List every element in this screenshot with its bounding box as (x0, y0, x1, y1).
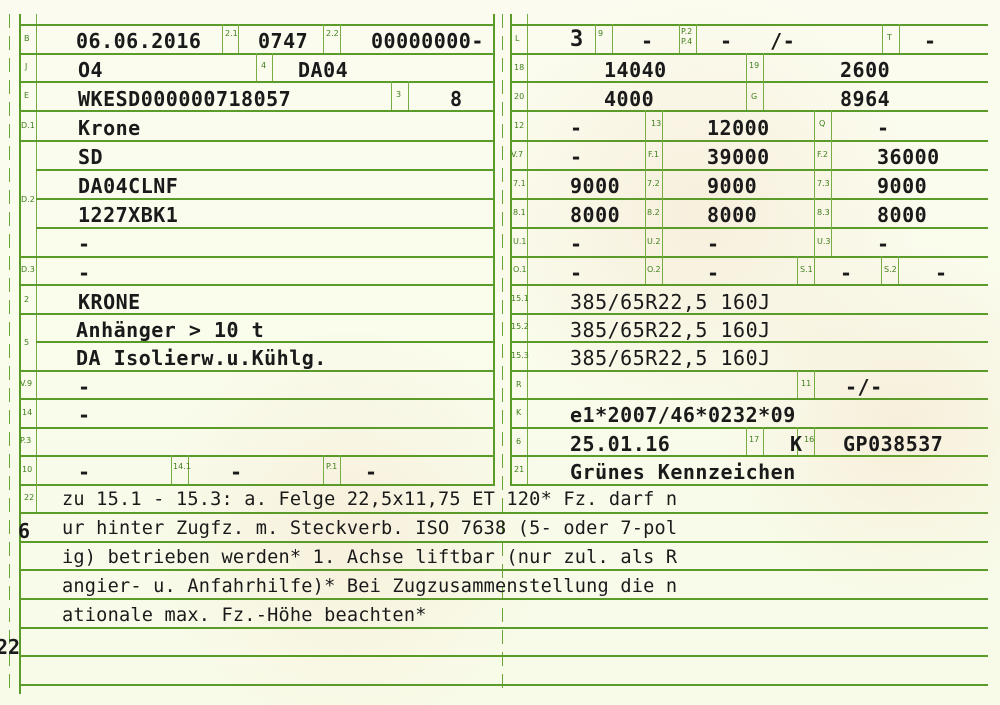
field-K-type-approval: e1*2007/46*0232*09 (570, 405, 796, 425)
label-B: B (24, 35, 30, 43)
label-2-1: 2.1 (225, 30, 238, 38)
label-10: 10 (22, 466, 32, 474)
label-V9: V.9 (20, 380, 32, 388)
label-15-3: 15.3 (511, 352, 529, 360)
label-S2: S.2 (884, 266, 897, 274)
label-D3: D.3 (21, 266, 35, 274)
label-5: 5 (24, 339, 29, 347)
label-15-2: 15.2 (511, 323, 529, 331)
field-6-approval-date: 25.01.16 (570, 434, 670, 454)
label-U2: U.2 (647, 238, 661, 246)
field-L-axles: 3 (570, 29, 584, 51)
margin-dash-line (9, 14, 10, 694)
label-9: 9 (598, 30, 603, 38)
remarks-line-5: ationale max. Fz.-Höhe beachten* (62, 607, 427, 626)
label-O1: O.1 (513, 266, 527, 274)
label-F1: F.1 (648, 151, 659, 159)
label-8-2: 8.2 (647, 209, 660, 217)
label-15-1: 15.1 (511, 295, 529, 303)
field-11-color-code: -/- (845, 377, 883, 397)
label-P2: P.2 (681, 28, 692, 36)
field-9-driven-axles: - (641, 31, 654, 51)
field-O1-towable-braked: - (570, 263, 583, 283)
field-5-class-line2: DA Isolierw.u.Kühlg. (76, 348, 327, 368)
label-U1: U.1 (513, 238, 527, 246)
label-column-line (36, 14, 37, 494)
label-G: G (751, 93, 757, 101)
field-15-3-tyres: 385/65R22,5 160J (570, 348, 771, 368)
field-15-1-tyres: 385/65R22,5 160J (570, 292, 771, 312)
label-2: 2 (24, 296, 29, 304)
field-F2-permitted-mass: 36000 (877, 147, 940, 167)
field-2-2-type-code: 00000000- (371, 31, 484, 51)
label-S1: S.1 (800, 266, 813, 274)
label-V7: V.7 (511, 151, 523, 159)
label-14-1: 14.1 (173, 463, 191, 471)
margin-number-22: 22 (0, 635, 20, 659)
field-7-1-axle-load: 9000 (570, 176, 620, 196)
label-3: 3 (396, 91, 401, 99)
field-J-vehicle-class: O4 (78, 60, 103, 80)
field-4-body-type: DA04 (298, 60, 348, 80)
field-8-2-axle-load: 8000 (707, 205, 757, 225)
field-19-width: 2600 (840, 60, 890, 80)
label-21: 21 (514, 466, 524, 474)
remarks-line-3: ig) betrieben werden* 1. Achse liftbar (… (62, 549, 677, 568)
field-D2-type-line1: SD (78, 147, 103, 167)
field-D2-type-line2: DA04CLNF (78, 176, 178, 196)
label-18: 18 (514, 64, 524, 72)
field-14-1-emission-code: - (230, 462, 243, 482)
label-R: R (516, 381, 522, 389)
label-2-2: 2.2 (326, 30, 339, 38)
field-7-3-axle-load: 9000 (877, 176, 927, 196)
label-4: 4 (261, 62, 266, 70)
field-V7-co2: - (570, 147, 583, 167)
label-O2: O.2 (647, 266, 661, 274)
field-3-check-digit: 8 (450, 89, 463, 109)
label-19: 19 (749, 62, 759, 70)
label-13: 13 (651, 120, 661, 128)
remarks-line-1: zu 15.1 - 15.3: a. Felge 22,5x11,75 ET 1… (62, 491, 677, 510)
label-D1: D.1 (21, 122, 35, 130)
field-V9-emission-class: - (78, 377, 91, 397)
field-T-max-speed: - (924, 31, 937, 51)
label-20: 20 (514, 93, 524, 101)
label-P3: P.3 (20, 437, 31, 445)
field-5-class-line1: Anhänger > 10 t (76, 320, 264, 340)
label-8-1: 8.1 (513, 209, 526, 217)
field-14-emission-directive: - (78, 405, 91, 425)
label-8-3: 8.3 (817, 209, 830, 217)
field-S1-seats: - (840, 263, 853, 283)
label-Q: Q (819, 120, 825, 128)
label-T: T (887, 34, 892, 42)
label-22: 22 (24, 494, 34, 502)
field-17-code: K (790, 434, 803, 454)
field-S2-standing: - (935, 263, 948, 283)
field-D2-type-line3: 1227XBK1 (78, 205, 178, 225)
label-U3: U.3 (817, 238, 831, 246)
label-P4: P.4 (681, 38, 692, 46)
field-O2-towable-unbraked: - (707, 263, 720, 283)
field-7-2-axle-load: 9000 (707, 176, 757, 196)
label-11: 11 (801, 380, 811, 388)
label-7-1: 7.1 (513, 180, 526, 188)
field-20-height: 4000 (604, 89, 654, 109)
field-13-support-load: 12000 (707, 118, 770, 138)
margin-number-6: 6 (18, 519, 30, 543)
label-E: E (24, 92, 29, 100)
field-P2-P4-power: - /- (720, 31, 795, 51)
field-U2-engine-speed: - (707, 234, 720, 254)
label-J: J (25, 63, 27, 71)
left-border (19, 14, 21, 694)
label-12: 12 (514, 122, 524, 130)
field-2-1-manufacturer-code: 0747 (258, 31, 308, 51)
field-F1-max-mass: 39000 (707, 147, 770, 167)
label-D2: D.2 (21, 196, 35, 204)
field-8-3-axle-load: 8000 (877, 205, 927, 225)
label-K: K (516, 409, 521, 417)
label-14: 14 (22, 409, 32, 417)
label-6: 6 (516, 438, 521, 446)
field-U3-noise-driving: - (877, 234, 890, 254)
field-21-remarks: Grünes Kennzeichen (570, 462, 796, 482)
label-16: 16 (804, 436, 814, 444)
field-G-empty-mass: 8964 (840, 89, 890, 109)
remarks-line-4: angier- u. Anfahrhilfe)* Bei Zugzusammen… (62, 578, 677, 597)
right-label-column-line (527, 14, 528, 484)
label-L: L (515, 35, 519, 43)
field-12-tank-volume: - (570, 118, 583, 138)
field-18-length: 14040 (604, 60, 667, 80)
field-15-2-tyres: 385/65R22,5 160J (570, 320, 771, 340)
remarks-line-2: ur hinter Zugfz. m. Steckverb. ISO 7638 … (62, 520, 677, 539)
field-P1-displacement: - (365, 462, 378, 482)
field-8-1-axle-load: 8000 (570, 205, 620, 225)
field-D2-type-line4: - (78, 234, 91, 254)
registration-document: B 2.1 2.2 J 4 E 3 D.1 D.2 D.3 2 5 V.9 14… (0, 0, 1000, 705)
field-16-document-number: GP038537 (843, 434, 943, 454)
field-Q-power-ratio: - (877, 118, 890, 138)
field-2-manufacturer: KRONE (78, 292, 141, 312)
center-divider-right (510, 14, 512, 484)
label-7-3: 7.3 (817, 180, 830, 188)
field-D3-commercial-name: - (78, 263, 91, 283)
label-7-2: 7.2 (647, 180, 660, 188)
field-U1-noise: - (570, 234, 583, 254)
field-10-emission-code: - (78, 462, 91, 482)
field-D1-make: Krone (78, 118, 141, 138)
label-P1: P.1 (326, 463, 337, 471)
label-17: 17 (749, 436, 759, 444)
field-B-first-registration: 06.06.2016 (76, 31, 201, 51)
field-E-vin: WKESD000000718057 (78, 89, 291, 109)
label-F2: F.2 (817, 151, 828, 159)
center-divider-left (493, 14, 495, 484)
